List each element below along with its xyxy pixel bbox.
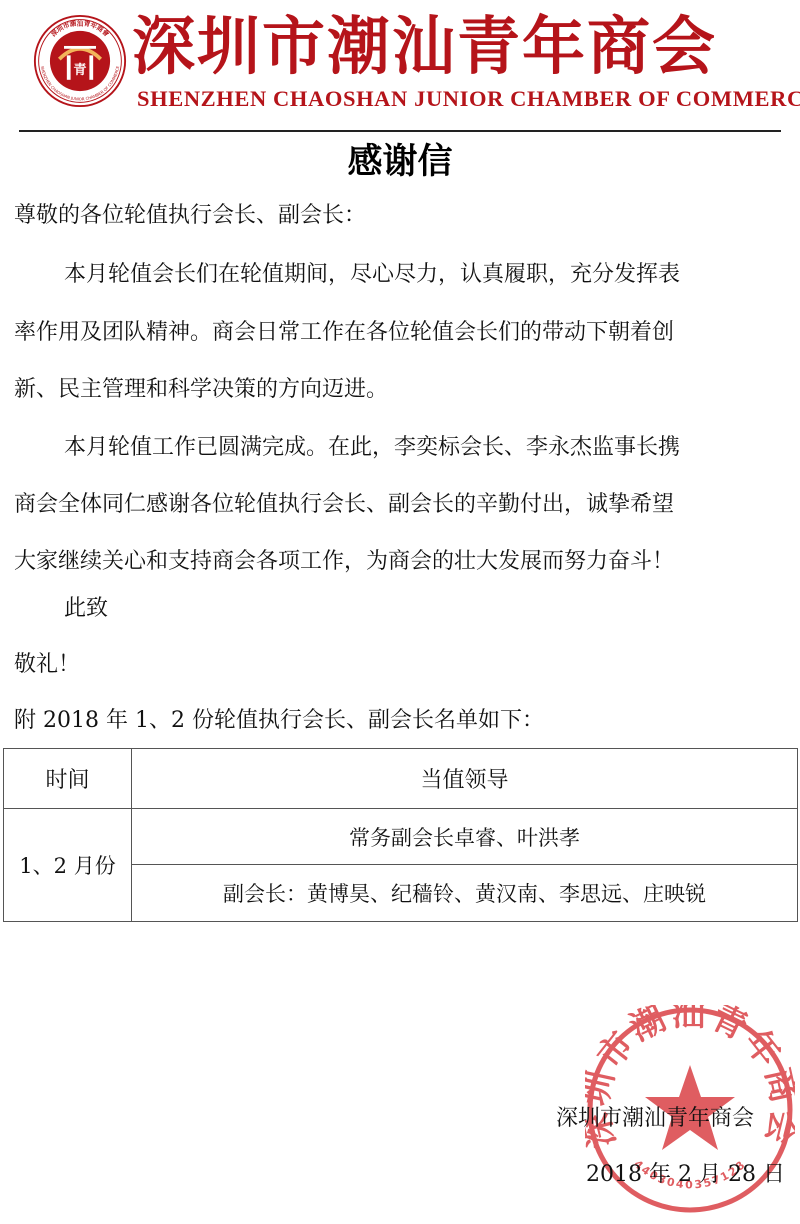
paragraph-2-line-1: 本月轮值工作已圆满完成。在此，李奕标会长、李永杰监事长携 — [14, 435, 800, 461]
table-row: 1、2 月份 常务副会长卓睿、叶洪孝 — [4, 809, 798, 865]
paragraph-1-line-1: 本月轮值会长们在轮值期间，尽心尽力，认真履职，充分发挥表 — [14, 262, 800, 288]
org-name-cn: 深圳市潮汕青年商会 — [132, 6, 717, 86]
header-leaders: 当值领导 — [132, 749, 798, 809]
header-time: 时间 — [4, 749, 132, 809]
signature-org: 深圳市潮汕青年商会 — [556, 1106, 754, 1132]
header-divider — [19, 130, 781, 132]
time-cell: 1、2 月份 — [4, 809, 132, 922]
letterhead: 青 深圳市潮汕青年商會 SHENZHEN CHAOSHAN JUNIOR CHA… — [0, 0, 800, 120]
table-header-row: 时间 当值领导 — [4, 749, 798, 809]
svg-text:青: 青 — [73, 61, 86, 78]
paragraph-1-line-2: 率作用及团队精神。商会日常工作在各位轮值会长们的带动下朝着创 — [14, 320, 790, 346]
leader-cell-executive: 常务副会长卓睿、叶洪孝 — [132, 809, 798, 865]
letter-title: 感谢信 — [0, 140, 800, 184]
chamber-logo-icon: 青 深圳市潮汕青年商會 SHENZHEN CHAOSHAN JUNIOR CHA… — [33, 14, 127, 108]
paragraph-2-line-3: 大家继续关心和支持商会各项工作，为商会的壮大发展而努力奋斗！ — [14, 549, 790, 575]
salutation: 尊敬的各位轮值执行会长、副会长： — [14, 203, 790, 229]
closing-ci-zhi: 此致 — [14, 596, 800, 622]
paragraph-2-line-2: 商会全体同仁感谢各位轮值执行会长、副会长的辛勤付出，诚挚希望 — [14, 492, 790, 518]
attachment-intro: 附 2018 年 1、2 份轮值执行会长、副会长名单如下： — [14, 708, 790, 734]
roster-table: 时间 当值领导 1、2 月份 常务副会长卓睿、叶洪孝 副会长：黄博昊、纪穑铃、黄… — [3, 748, 798, 922]
paragraph-1-line-3: 新、民主管理和科学决策的方向迈进。 — [14, 377, 790, 403]
org-name-en: SHENZHEN CHAOSHAN JUNIOR CHAMBER OF COMM… — [137, 86, 800, 112]
closing-jing-li: 敬礼！ — [14, 652, 790, 678]
leader-cell-vice: 副会长：黄博昊、纪穑铃、黄汉南、李思远、庄映锐 — [132, 865, 798, 922]
signature-date: 2018 年 2 月 28 日 — [586, 1162, 785, 1188]
